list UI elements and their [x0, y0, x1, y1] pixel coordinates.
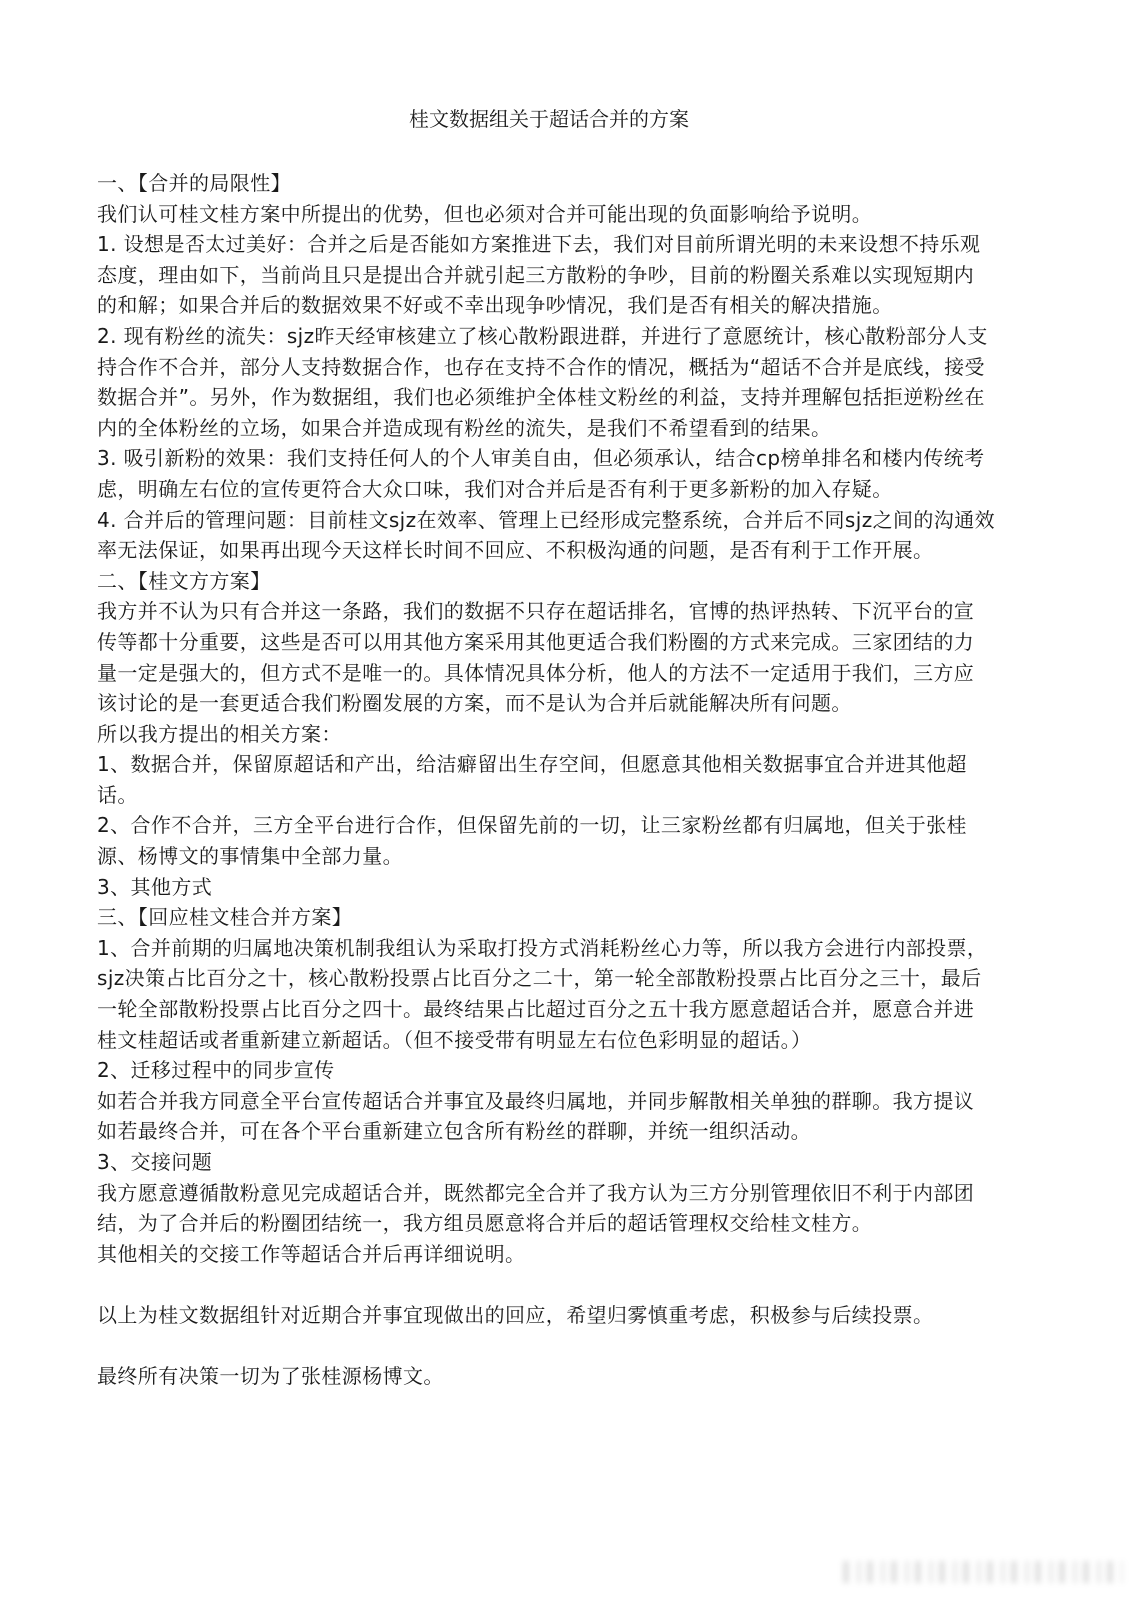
blurred-watermark: [843, 1561, 1123, 1583]
paragraph-line: 所以我方提出的相关方案：: [97, 719, 1037, 750]
paragraph-line: 量一定是强大的，但方式不是唯一的。具体情况具体分析，他人的方法不一定适用于我们，…: [97, 658, 1037, 689]
paragraph-line: 1. 设想是否太过美好：合并之后是否能如方案推进下去，我们对目前所谓光明的未来设…: [97, 229, 1037, 260]
paragraph-line: 我方并不认为只有合并这一条路，我们的数据不只存在超话排名，官博的热评热转、下沉平…: [97, 596, 1037, 627]
paragraph-line: 虑，明确左右位的宣传更符合大众口味，我们对合并后是否有利于更多新粉的加入存疑。: [97, 474, 1037, 505]
document-page: 桂文数据组关于超话合并的方案 一、【合并的局限性】 我们认可桂文桂方案中所提出的…: [0, 0, 1138, 1611]
paragraph-line: 内的全体粉丝的立场，如果合并造成现有粉丝的流失，是我们不希望看到的结果。: [97, 413, 1037, 444]
section-heading-1: 一、【合并的局限性】: [97, 168, 1037, 199]
paragraph-line: 2. 现有粉丝的流失：sjz昨天经审核建立了核心散粉跟进群，并进行了意愿统计，核…: [97, 321, 1037, 352]
section-heading-2: 二、【桂文方方案】: [97, 566, 1037, 597]
paragraph-line: 率无法保证，如果再出现今天这样长时间不回应、不积极沟通的问题，是否有利于工作开展…: [97, 535, 1037, 566]
paragraph-line: 话。: [97, 780, 1037, 811]
paragraph-line: 态度，理由如下，当前尚且只是提出合并就引起三方散粉的争吵，目前的粉圈关系难以实现…: [97, 260, 1037, 291]
paragraph-line: 3、交接问题: [97, 1147, 1037, 1178]
paragraph-line: 传等都十分重要，这些是否可以用其他方案采用其他更适合我们粉圈的方式来完成。三家团…: [97, 627, 1037, 658]
document-title: 桂文数据组关于超话合并的方案: [0, 104, 1098, 134]
paragraph-line: 结，为了合并后的粉圈团结统一，我方组员愿意将合并后的超话管理权交给桂文桂方。: [97, 1208, 1037, 1239]
blank-line: [97, 1269, 1037, 1300]
paragraph-line: 2、合作不合并，三方全平台进行合作，但保留先前的一切，让三家粉丝都有归属地，但关…: [97, 810, 1037, 841]
paragraph-line: 的和解；如果合并后的数据效果不好或不幸出现争吵情况，我们是否有相关的解决措施。: [97, 290, 1037, 321]
paragraph-line: 1、合并前期的归属地决策机制我组认为采取打投方式消耗粉丝心力等，所以我方会进行内…: [97, 933, 1037, 964]
paragraph-line: sjz决策占比百分之十，核心散粉投票占比百分之二十，第一轮全部散粉投票占比百分之…: [97, 963, 1037, 994]
paragraph-line: 4. 合并后的管理问题：目前桂文sjz在效率、管理上已经形成完整系统，合并后不同…: [97, 505, 1037, 536]
paragraph-line: 数据合并”。另外，作为数据组，我们也必须维护全体桂文粉丝的利益，支持并理解包括拒…: [97, 382, 1037, 413]
blank-line: [97, 1331, 1037, 1362]
paragraph-line: 1、数据合并，保留原超话和产出，给洁癖留出生存空间，但愿意其他相关数据事宜合并进…: [97, 749, 1037, 780]
document-body: 一、【合并的局限性】 我们认可桂文桂方案中所提出的优势，但也必须对合并可能出现的…: [97, 168, 1037, 1392]
paragraph-line: 该讨论的是一套更适合我们粉圈发展的方案，而不是认为合并后就能解决所有问题。: [97, 688, 1037, 719]
paragraph-line: 桂文桂超话或者重新建立新超话。（但不接受带有明显左右位色彩明显的超话。）: [97, 1025, 1037, 1056]
paragraph-line: 一轮全部散粉投票占比百分之四十。最终结果占比超过百分之五十我方愿意超话合并，愿意…: [97, 994, 1037, 1025]
paragraph-line: 持合作不合并，部分人支持数据合作，也存在支持不合作的情况，概括为“超话不合并是底…: [97, 352, 1037, 383]
paragraph-line: 其他相关的交接工作等超话合并后再详细说明。: [97, 1239, 1037, 1270]
paragraph-line: 3、其他方式: [97, 872, 1037, 903]
final-statement: 最终所有决策一切为了张桂源杨博文。: [97, 1361, 1037, 1392]
paragraph-line: 我方愿意遵循散粉意见完成超话合并，既然都完全合并了我方认为三方分别管理依旧不利于…: [97, 1178, 1037, 1209]
paragraph-line: 2、迁移过程中的同步宣传: [97, 1055, 1037, 1086]
paragraph-line: 3. 吸引新粉的效果：我们支持任何人的个人审美自由，但必须承认，结合cp榜单排名…: [97, 443, 1037, 474]
paragraph-line: 如若合并我方同意全平台宣传超话合并事宜及最终归属地，并同步解散相关单独的群聊。我…: [97, 1086, 1037, 1117]
paragraph-line: 我们认可桂文桂方案中所提出的优势，但也必须对合并可能出现的负面影响给予说明。: [97, 199, 1037, 230]
paragraph-line: 如若最终合并，可在各个平台重新建立包含所有粉丝的群聊，并统一组织活动。: [97, 1116, 1037, 1147]
closing-line: 以上为桂文数据组针对近期合并事宜现做出的回应，希望归雾慎重考虑，积极参与后续投票…: [97, 1300, 1037, 1331]
section-heading-3: 三、【回应桂文桂合并方案】: [97, 902, 1037, 933]
paragraph-line: 源、杨博文的事情集中全部力量。: [97, 841, 1037, 872]
